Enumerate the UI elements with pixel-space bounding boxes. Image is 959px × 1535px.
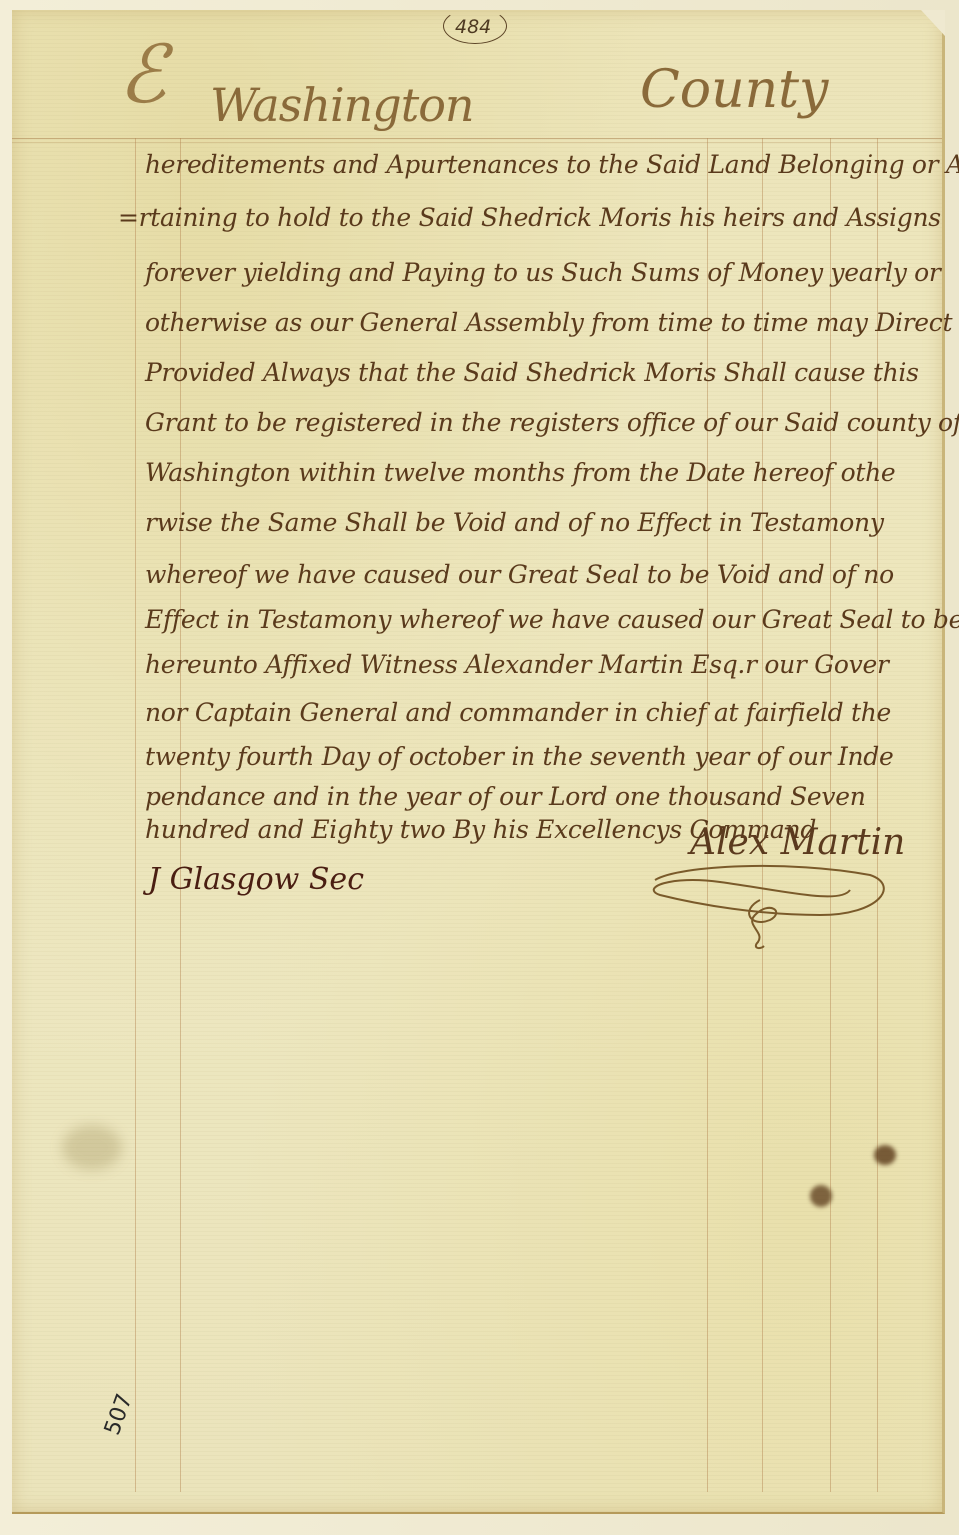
signature-flourish <box>640 860 900 950</box>
decorative-flourish-left: ℰ <box>118 28 166 121</box>
header-rule <box>12 138 942 139</box>
ink-blot <box>810 1185 832 1207</box>
text-line: hereunto Affixed Witness Alexander Marti… <box>145 650 889 679</box>
margin-rule-left <box>135 138 136 1492</box>
text-line: nor Captain General and commander in chi… <box>145 698 891 727</box>
text-line: =rtaining to hold to the Said Shedrick M… <box>118 203 941 232</box>
signature-governor: Alex Martin <box>690 822 905 863</box>
stain <box>62 1125 122 1170</box>
column-rule-3 <box>830 138 831 1492</box>
column-rule-4 <box>877 138 878 1492</box>
text-line: Grant to be registered in the registers … <box>145 408 959 437</box>
text-line: Washington within twelve months from the… <box>145 458 895 487</box>
folded-corner <box>921 10 945 36</box>
text-line: rwise the Same Shall be Void and of no E… <box>145 508 884 537</box>
header-county-name: Washington <box>210 78 474 132</box>
text-line: Provided Always that the Said Shedrick M… <box>145 358 919 387</box>
text-line: pendance and in the year of our Lord one… <box>145 782 866 811</box>
folio-number: 484 <box>455 16 491 38</box>
signature-secretary: J Glasgow Sec <box>148 862 364 897</box>
text-line: hereditements and Apurtenances to the Sa… <box>145 150 959 179</box>
ink-blot <box>874 1145 896 1165</box>
text-line: otherwise as our General Assembly from t… <box>145 308 952 337</box>
header-county-label: County <box>640 60 828 120</box>
text-line: forever yielding and Paying to us Such S… <box>145 258 941 287</box>
text-line: twenty fourth Day of october in the seve… <box>145 742 894 771</box>
text-line: Effect in Testamony whereof we have caus… <box>145 605 959 634</box>
header-rule-double <box>12 142 942 143</box>
text-line: whereof we have caused our Great Seal to… <box>145 560 894 589</box>
